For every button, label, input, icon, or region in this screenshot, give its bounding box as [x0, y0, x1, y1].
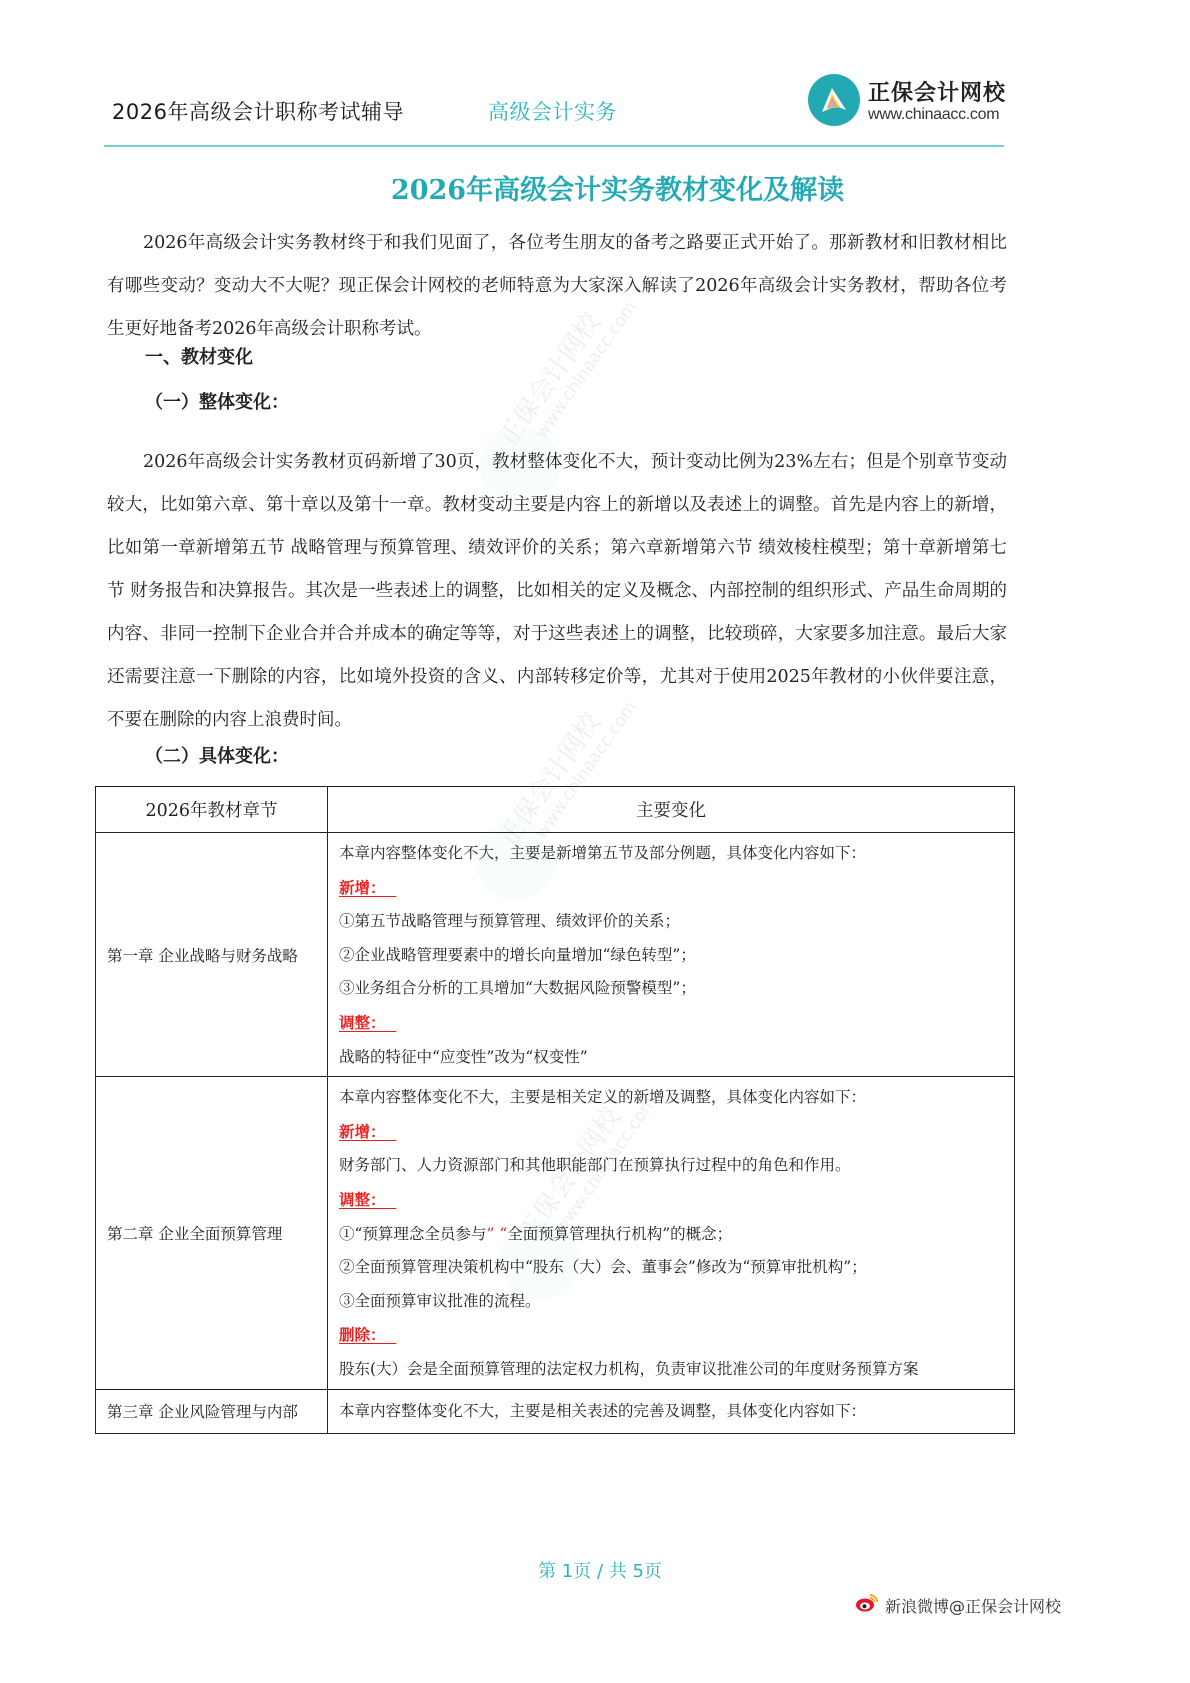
table-row: 第三章 企业风险管理与内部 本章内容整体变化不大，主要是相关表述的完善及调整，具… — [96, 1389, 1015, 1433]
change-item: ②全面预算管理决策机构中“股东（大）会、董事会”修改为“预算审批机构”； — [339, 1251, 1003, 1285]
change-item: 股东(大）会是全面预算管理的法定权力机构，负责审议批准公司的年度财务预算方案 — [339, 1353, 1003, 1387]
page-header: 2026年高级会计职称考试辅导 高级会计实务 正保会计网校 www.chinaa… — [104, 66, 1010, 146]
adjusted-label: 调整： — [339, 1013, 396, 1032]
subsection-heading-specific: （二）具体变化： — [145, 742, 289, 768]
adjusted-label: 调整： — [339, 1190, 396, 1209]
intro-paragraph: 2026年高级会计实务教材终于和我们见面了，各位考生朋友的备考之路要正式开始了。… — [107, 222, 1007, 351]
document-title: 2026年高级会计实务教材变化及解读 — [0, 168, 1190, 207]
header-course-title: 2026年高级会计职称考试辅导 — [112, 96, 404, 126]
subsection-heading-overall: （一）整体变化： — [145, 388, 289, 414]
table-header-row: 2026年教材章节 主要变化 — [96, 787, 1015, 833]
chapter-cell: 第一章 企业战略与财务战略 — [96, 833, 328, 1077]
changes-cell: 本章内容整体变化不大，主要是新增第五节及部分例题，具体变化内容如下： 新增： ①… — [328, 833, 1015, 1077]
change-item: 战略的特征中“应变性”改为“权变性” — [339, 1041, 1003, 1075]
weibo-icon — [855, 1593, 879, 1617]
change-item: ①“预算理念全员参与” “全面预算管理执行机构”的概念； — [339, 1218, 1003, 1252]
change-item: ③业务组合分析的工具增加“大数据风险预警模型”； — [339, 972, 1003, 1006]
deleted-label: 删除： — [339, 1325, 396, 1344]
change-item: ③全面预算审议批准的流程。 — [339, 1285, 1003, 1319]
logo-url: www.chinaacc.com — [868, 106, 999, 124]
overall-changes-paragraph: 2026年高级会计实务教材页码新增了30页，教材整体变化不大，预计变动比例为23… — [107, 441, 1007, 742]
chapter-summary: 本章内容整体变化不大，主要是相关定义的新增及调整，具体变化内容如下： — [339, 1081, 1003, 1115]
logo-brand-name: 正保会计网校 — [868, 76, 1006, 107]
table-row: 第二章 企业全面预算管理 本章内容整体变化不大，主要是相关定义的新增及调整，具体… — [96, 1077, 1015, 1389]
chapter-cell: 第二章 企业全面预算管理 — [96, 1077, 328, 1389]
table-row: 第一章 企业战略与财务战略 本章内容整体变化不大，主要是新增第五节及部分例题，具… — [96, 833, 1015, 1077]
weibo-handle: 新浪微博@正保会计网校 — [885, 1594, 1061, 1617]
section-heading-textbook-changes: 一、教材变化 — [145, 343, 253, 369]
added-label: 新增： — [339, 1122, 396, 1141]
change-item: 财务部门、人力资源部门和其他职能部门在预算执行过程中的角色和作用。 — [339, 1149, 1003, 1183]
chapter-summary: 本章内容整体变化不大，主要是相关表述的完善及调整，具体变化内容如下： — [339, 1395, 1003, 1429]
changes-cell: 本章内容整体变化不大，主要是相关定义的新增及调整，具体变化内容如下： 新增： 财… — [328, 1077, 1015, 1389]
change-item: ①第五节战略管理与预算管理、绩效评价的关系； — [339, 905, 1003, 939]
changes-table: 2026年教材章节 主要变化 第一章 企业战略与财务战略 本章内容整体变化不大，… — [95, 786, 1015, 1434]
column-header-chapter: 2026年教材章节 — [96, 787, 328, 833]
column-header-changes: 主要变化 — [328, 787, 1015, 833]
changes-cell: 本章内容整体变化不大，主要是相关表述的完善及调整，具体变化内容如下： — [328, 1389, 1015, 1433]
weibo-attribution: 新浪微博@正保会计网校 — [855, 1593, 1061, 1617]
brand-logo[interactable]: 正保会计网校 www.chinaacc.com — [808, 68, 1018, 130]
chapter-cell: 第三章 企业风险管理与内部 — [96, 1389, 328, 1433]
header-divider — [104, 145, 1004, 147]
chapter-summary: 本章内容整体变化不大，主要是新增第五节及部分例题，具体变化内容如下： — [339, 837, 1003, 871]
chinaacc-logo-icon — [808, 74, 860, 126]
header-subject-title: 高级会计实务 — [488, 96, 617, 126]
added-label: 新增： — [339, 878, 396, 897]
change-item: ②企业战略管理要素中的增长向量增加“绿色转型”； — [339, 939, 1003, 973]
page-number: 第 1页 / 共 5页 — [0, 1557, 1190, 1583]
